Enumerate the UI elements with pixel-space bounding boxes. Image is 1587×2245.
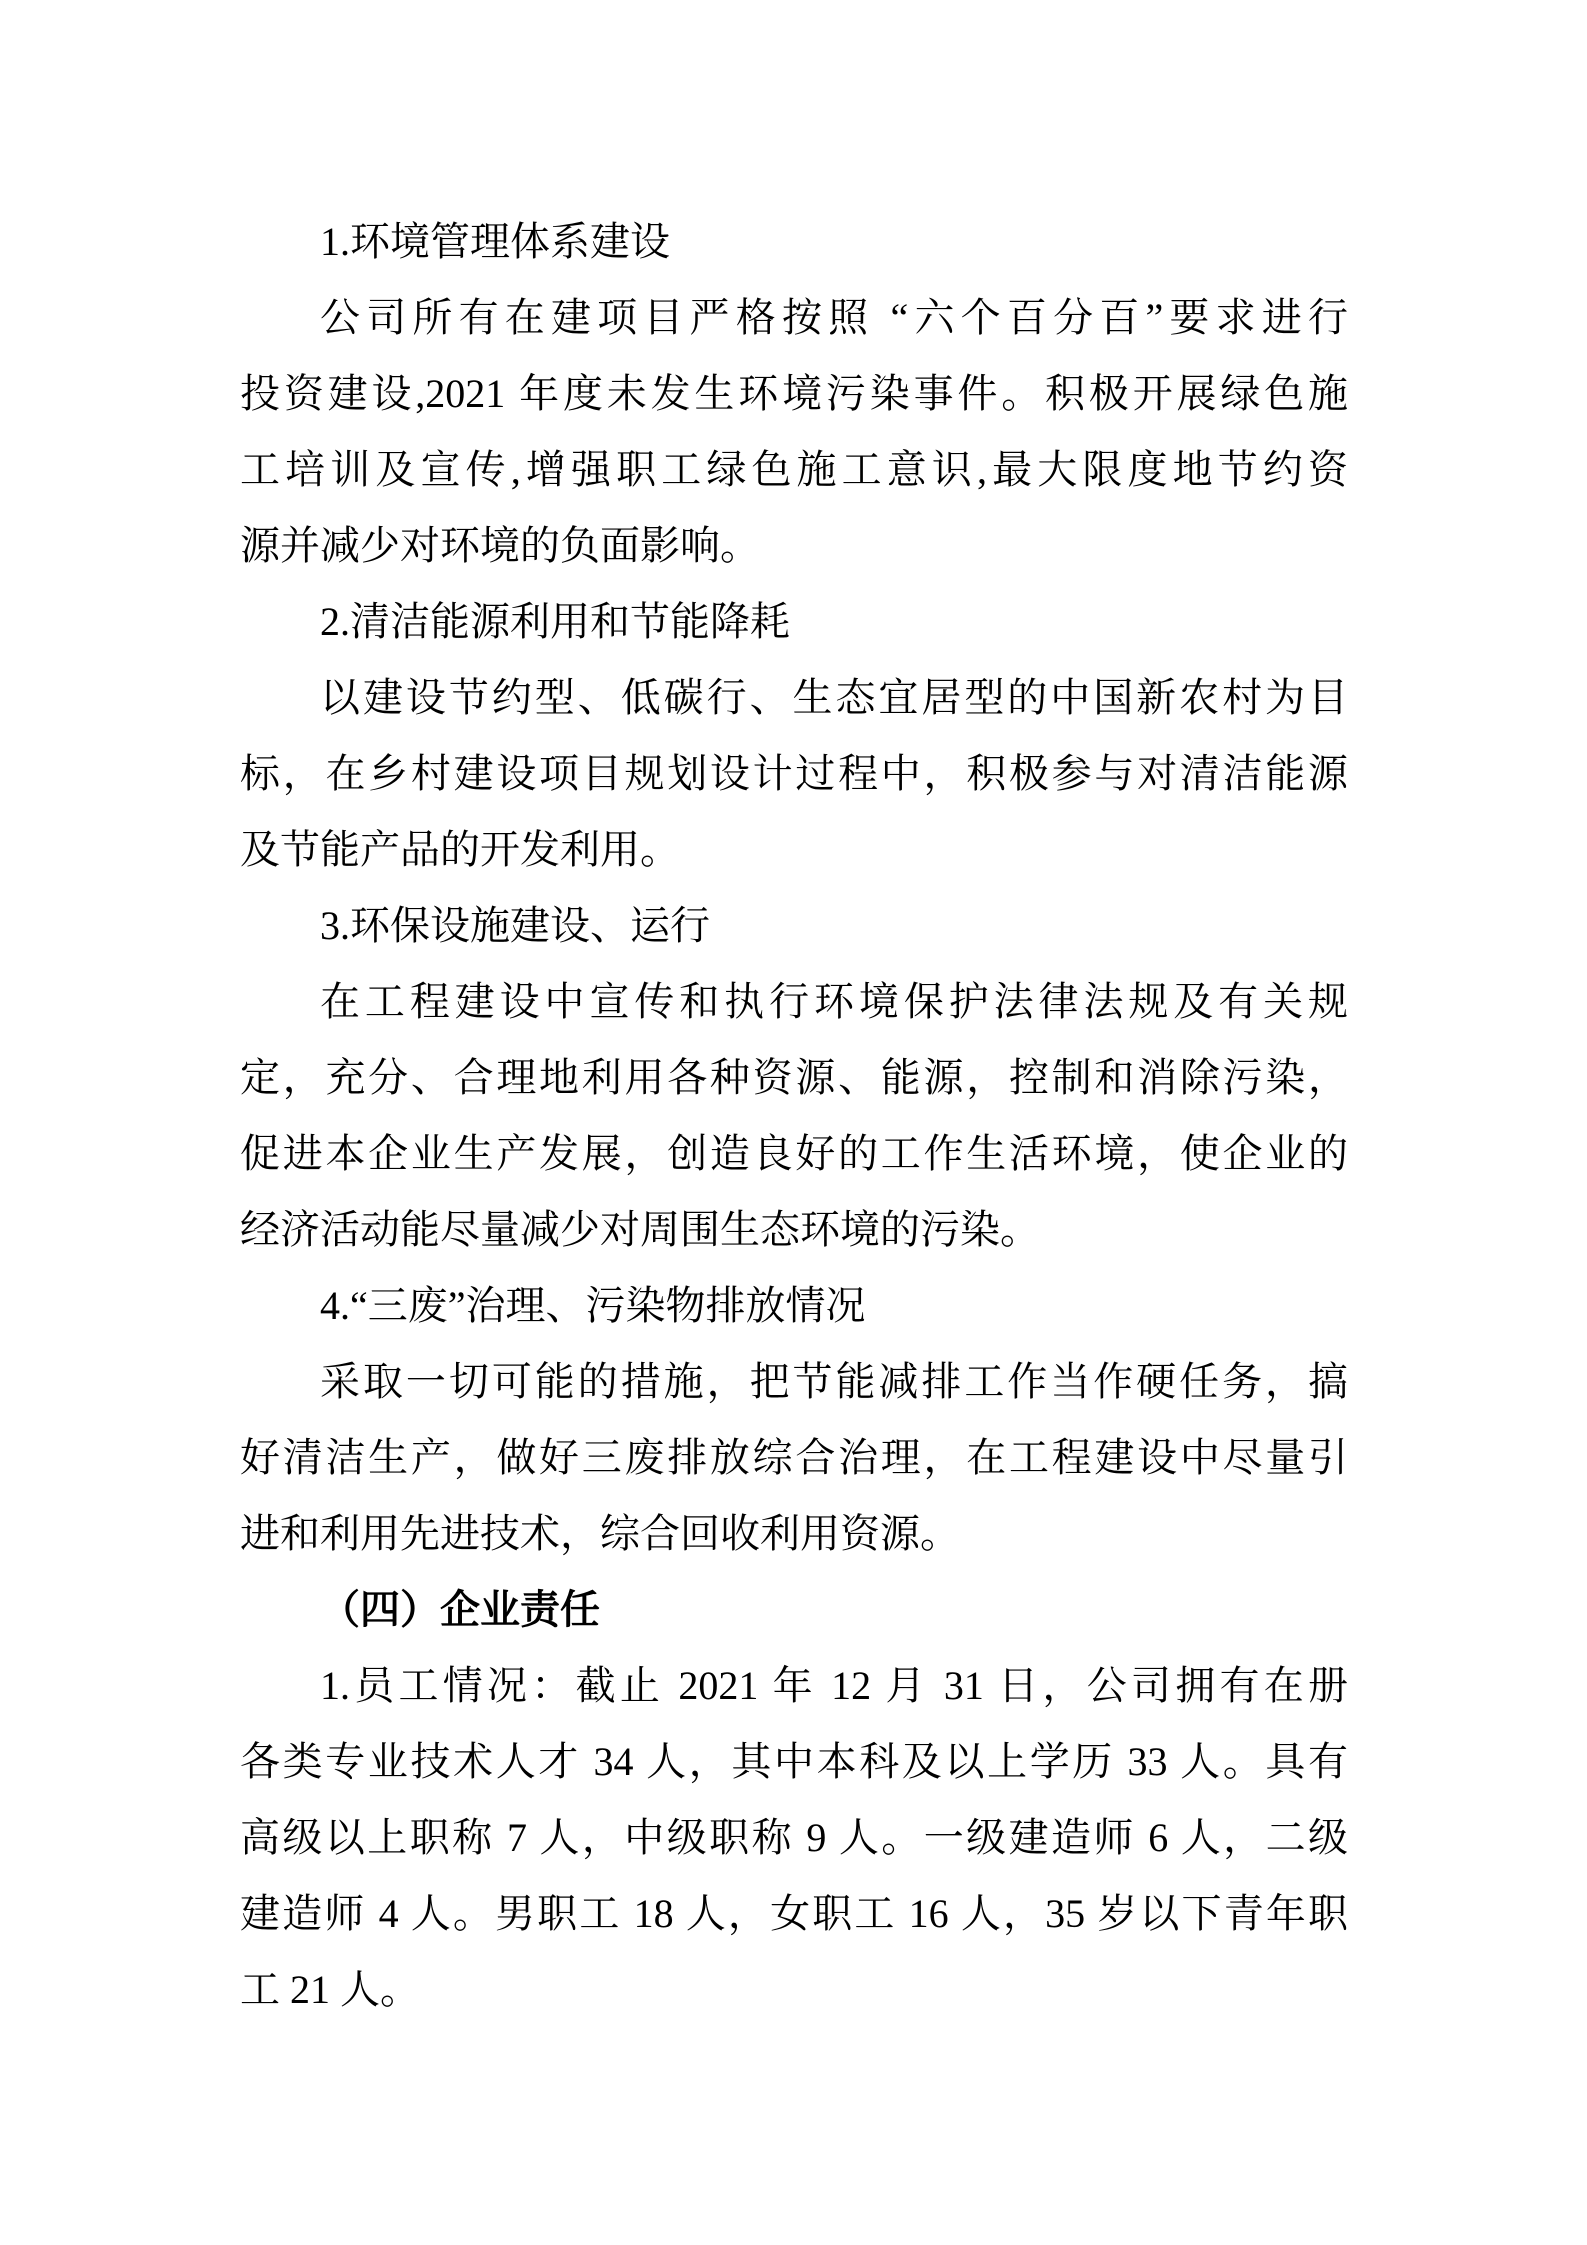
text-line: 源并减少对环境的负面影响。 [240,508,1348,584]
text-line: 在工程建设中宣传和执行环境保护法律法规及有关规 [240,964,1348,1040]
text-line: 促进本企业生产发展，创造良好的工作生活环境，使企业的 [240,1116,1348,1192]
text-line: 好清洁生产，做好三废排放综合治理，在工程建设中尽量引 [240,1420,1348,1496]
document-page: 1.环境管理体系建设公司所有在建项目严格按照 “六个百分百”要求进行投资建设,2… [0,0,1587,2245]
subsection-4-heading: 4.“三废”治理、污染物排放情况 [240,1268,1348,1344]
text-line: 工 21 人。 [240,1952,1348,2028]
text-line: 经济活动能尽量减少对周围生态环境的污染。 [240,1192,1348,1268]
text-line: 及节能产品的开发利用。 [240,812,1348,888]
text-line: 进和利用先进技术，综合回收利用资源。 [240,1496,1348,1572]
text-line: 各类专业技术人才 34 人，其中本科及以上学历 33 人。具有 [240,1724,1348,1800]
section-4-heading: （四）企业责任 [240,1572,1348,1648]
text-line: 公司所有在建项目严格按照 “六个百分百”要求进行 [240,280,1348,356]
text-line: 以建设节约型、低碳行、生态宜居型的中国新农村为目 [240,660,1348,736]
text-content: 1.环境管理体系建设公司所有在建项目严格按照 “六个百分百”要求进行投资建设,2… [240,204,1348,2028]
subsection-1-heading: 1.环境管理体系建设 [240,204,1348,280]
text-line: 采取一切可能的措施，把节能减排工作当作硬任务，搞 [240,1344,1348,1420]
text-line: 1.员工情况：截止 2021 年 12 月 31 日，公司拥有在册 [240,1648,1348,1724]
text-line: 建造师 4 人。男职工 18 人，女职工 16 人，35 岁以下青年职 [240,1876,1348,1952]
subsection-3-heading: 3.环保设施建设、运行 [240,888,1348,964]
text-line: 标，在乡村建设项目规划设计过程中，积极参与对清洁能源 [240,736,1348,812]
text-line: 投资建设,2021 年度未发生环境污染事件。积极开展绿色施 [240,356,1348,432]
subsection-2-heading: 2.清洁能源利用和节能降耗 [240,584,1348,660]
text-line: 高级以上职称 7 人，中级职称 9 人。一级建造师 6 人，二级 [240,1800,1348,1876]
text-line: 工培训及宣传,增强职工绿色施工意识,最大限度地节约资 [240,432,1348,508]
text-line: 定，充分、合理地利用各种资源、能源，控制和消除污染， [240,1040,1348,1116]
